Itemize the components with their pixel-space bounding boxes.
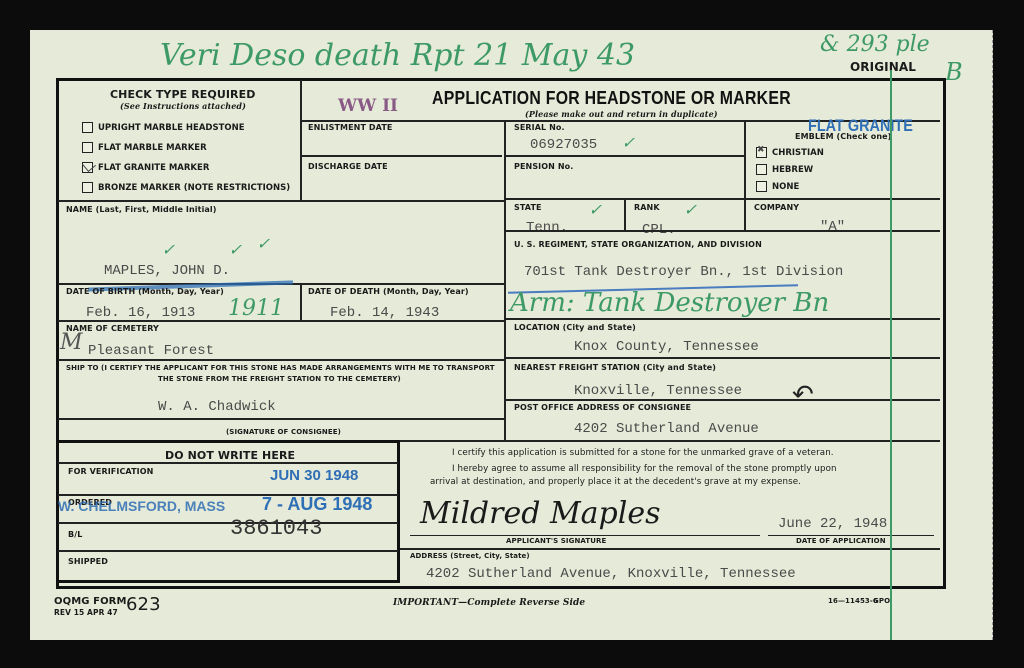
consignee-address-value[interactable]: 4202 Sutherland Avenue	[574, 421, 759, 437]
divider	[624, 198, 626, 230]
date-of-birth-label: DATE OF BIRTH (Month, Day, Year)	[66, 287, 224, 296]
pension-no-label: PENSION No.	[514, 162, 573, 171]
discharge-date-label: DISCHARGE DATE	[308, 162, 388, 171]
divider	[58, 522, 398, 524]
form-subtitle: (Please make out and return in duplicate…	[525, 109, 718, 119]
hebrew-emblem-label: HEBREW	[772, 165, 813, 175]
flat-granite-marker-label: FLAT GRANITE MARKER	[98, 163, 209, 173]
consignee-address-label: POST OFFICE ADDRESS OF CONSIGNEE	[514, 403, 691, 412]
rank-label: RANK	[634, 203, 660, 212]
certification-line-2: I hereby agree to assume all responsibil…	[452, 464, 837, 474]
form-number: 623	[126, 594, 161, 615]
important-note-text: IMPORTANT—Complete Reverse Side	[393, 598, 585, 608]
divider	[504, 357, 940, 359]
certification-line-3: arrival at destination, and properly pla…	[430, 477, 801, 487]
location-label-text: LOCATION (City and State)	[514, 323, 636, 332]
divider	[300, 283, 302, 321]
freight-station-label: NEAREST FREIGHT STATION (City and State)	[514, 363, 716, 372]
chelmsford-stamp: W. CHELMSFORD, MASS	[58, 498, 225, 514]
enlistment-date-label: ENLISTMENT DATE	[308, 123, 392, 132]
ship-to-label: SHIP TO (I CERTIFY THE APPLICANT FOR THI…	[66, 364, 495, 372]
name-value[interactable]: MAPLES, JOHN D.	[104, 263, 230, 279]
office-use-heading: DO NOT WRITE HERE	[165, 449, 295, 462]
regiment-label: U. S. REGIMENT, STATE ORGANIZATION, AND …	[514, 240, 762, 249]
for-verification-label: FOR VERIFICATION	[68, 467, 153, 476]
divider	[300, 80, 302, 200]
headstone-application-form: Veri Deso death Rpt 21 May 43 & 293 ple …	[30, 30, 993, 640]
check-type-heading: CHECK TYPE REQUIRED	[110, 88, 255, 101]
consignee-name-value[interactable]: W. A. Chadwick	[158, 399, 276, 415]
applicant-address-value[interactable]: 4202 Sutherland Avenue, Knoxville, Tenne…	[426, 566, 796, 582]
certification-line-1: I certify this application is submitted …	[452, 448, 834, 458]
christian-emblem-label: CHRISTIAN	[772, 148, 824, 158]
divider	[410, 535, 760, 536]
name-label-text: NAME (Last, First, Middle Initial)	[66, 205, 217, 214]
regiment-value[interactable]: 701st Tank Destroyer Bn., 1st Division	[524, 264, 843, 280]
divider	[768, 535, 934, 536]
divider	[504, 318, 940, 320]
name-label: NAME (Last, First, Middle Initial)	[66, 205, 217, 214]
location-label: LOCATION (City and State)	[514, 323, 636, 332]
divider	[58, 462, 398, 464]
divider	[58, 320, 504, 322]
ship-to-label-continued: THE STONE FROM THE FREIGHT STATION TO TH…	[158, 375, 401, 383]
handwritten-death-report-note: Veri Deso death Rpt 21 May 43	[160, 38, 635, 73]
cemetery-value[interactable]: Pleasant Forest	[88, 343, 214, 359]
upright-marble-headstone-checkbox[interactable]	[82, 122, 93, 133]
divider	[504, 155, 744, 157]
divider	[504, 198, 940, 200]
bl-label: B/L	[68, 530, 82, 539]
shipped-label: SHIPPED	[68, 557, 108, 566]
flat-granite-stamp: FLAT GRANITE	[808, 116, 913, 136]
divider	[58, 418, 504, 420]
important-note: IMPORTANT—Complete Reverse Side	[393, 598, 585, 608]
company-label: COMPANY	[754, 203, 799, 212]
upright-marble-headstone-label: UPRIGHT MARBLE HEADSTONE	[98, 123, 245, 133]
application-date-label: DATE OF APPLICATION	[796, 537, 886, 545]
divider	[58, 359, 504, 361]
bronze-marker-label: BRONZE MARKER (NOTE RESTRICTIONS)	[98, 183, 290, 193]
divider	[302, 155, 502, 157]
divider	[504, 120, 506, 320]
bronze-marker-checkbox[interactable]	[82, 182, 93, 193]
freight-station-value[interactable]: Knoxville, Tennessee	[574, 383, 742, 399]
date-of-death-value[interactable]: Feb. 14, 1943	[330, 305, 439, 321]
flat-marble-marker-label: FLAT MARBLE MARKER	[98, 143, 207, 153]
divider	[504, 230, 940, 232]
serial-no-value[interactable]: 06927035	[530, 137, 597, 153]
serial-no-label: SERIAL No.	[514, 123, 565, 132]
consignee-signature-label: (SIGNATURE OF CONSIGNEE)	[226, 428, 341, 436]
check-type-subheading: (See Instructions attached)	[120, 101, 246, 111]
bl-number-value: 3861043	[230, 516, 322, 541]
form-subtitle-text: (Please make out and return in duplicate…	[525, 109, 718, 119]
applicant-address-label-text: ADDRESS (Street, City, State)	[410, 552, 530, 560]
date-of-birth-label-text: DATE OF BIRTH (Month, Day, Year)	[66, 287, 224, 296]
form-title: APPLICATION FOR HEADSTONE OR MARKER	[432, 88, 791, 109]
ww-ii-stamp: WW II	[338, 96, 398, 116]
cemetery-mark: M	[60, 330, 83, 355]
handwritten-top-right-note: & 293 ple	[820, 32, 930, 57]
freight-station-label-text: NEAREST FREIGHT STATION (City and State)	[514, 363, 716, 372]
flat-marble-marker-checkbox[interactable]	[82, 142, 93, 153]
flat-granite-marker-checkbox[interactable]	[82, 162, 93, 173]
form-id-line-2: REV 15 APR 47	[54, 608, 118, 617]
application-date-value[interactable]: June 22, 1948	[778, 516, 887, 532]
none-emblem-checkbox[interactable]	[756, 181, 767, 192]
divider	[58, 200, 504, 202]
copy-label: ORIGINAL	[850, 60, 916, 74]
applicant-signature-label: APPLICANT'S SIGNATURE	[506, 537, 606, 545]
state-value[interactable]: Tenn.	[526, 220, 568, 236]
none-emblem-label: NONE	[772, 182, 799, 192]
hebrew-emblem-checkbox[interactable]	[756, 164, 767, 175]
handwritten-regiment-note: Arm: Tank Destroyer Bn	[510, 288, 829, 318]
form-id-line-1: OQMG FORM	[54, 596, 127, 607]
divider	[504, 318, 506, 440]
handwritten-b-mark: B	[945, 58, 963, 86]
divider	[744, 198, 746, 230]
date-of-death-label-text: DATE OF DEATH (Month, Day, Year)	[308, 287, 469, 296]
applicant-address-label: ADDRESS (Street, City, State)	[410, 552, 530, 560]
date-of-birth-value[interactable]: Feb. 16, 1913	[86, 305, 195, 321]
date-of-death-label: DATE OF DEATH (Month, Day, Year)	[308, 287, 469, 296]
divider	[400, 548, 940, 550]
green-ink-line	[890, 70, 892, 640]
verification-date-stamp: JUN 30 1948	[270, 467, 358, 484]
check-type-subheading-text: (See Instructions attached)	[120, 101, 246, 111]
state-label: STATE	[514, 203, 542, 212]
divider	[504, 399, 940, 401]
ordered-date-stamp: 7 - AUG 1948	[262, 494, 372, 515]
print-code: 16—11453-6	[828, 597, 878, 605]
location-value[interactable]: Knox County, Tennessee	[574, 339, 759, 355]
date-of-birth-correction: 1911	[228, 296, 284, 321]
christian-emblem-checkbox[interactable]	[756, 147, 767, 158]
company-value[interactable]: "A"	[820, 219, 845, 235]
arrow-mark-icon: ↶	[792, 380, 814, 410]
applicant-signature[interactable]: Mildred Maples	[420, 496, 661, 531]
divider	[58, 550, 398, 552]
gpo-label: GPO	[873, 597, 890, 605]
